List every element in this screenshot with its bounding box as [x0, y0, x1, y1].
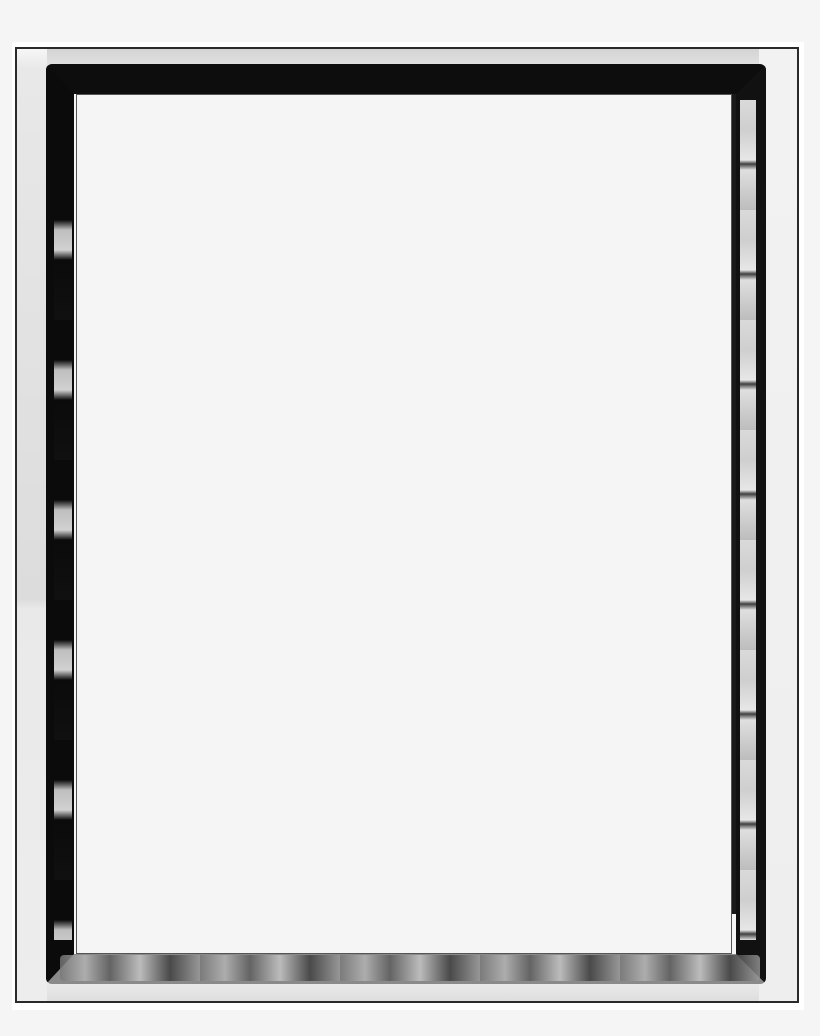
photo-area: [76, 94, 732, 954]
emulsion-left-streak: [54, 180, 72, 940]
emulsion-right-streak: [740, 100, 756, 940]
inner-dark-line: [732, 94, 736, 914]
emulsion-bottom-edge: [60, 955, 760, 981]
